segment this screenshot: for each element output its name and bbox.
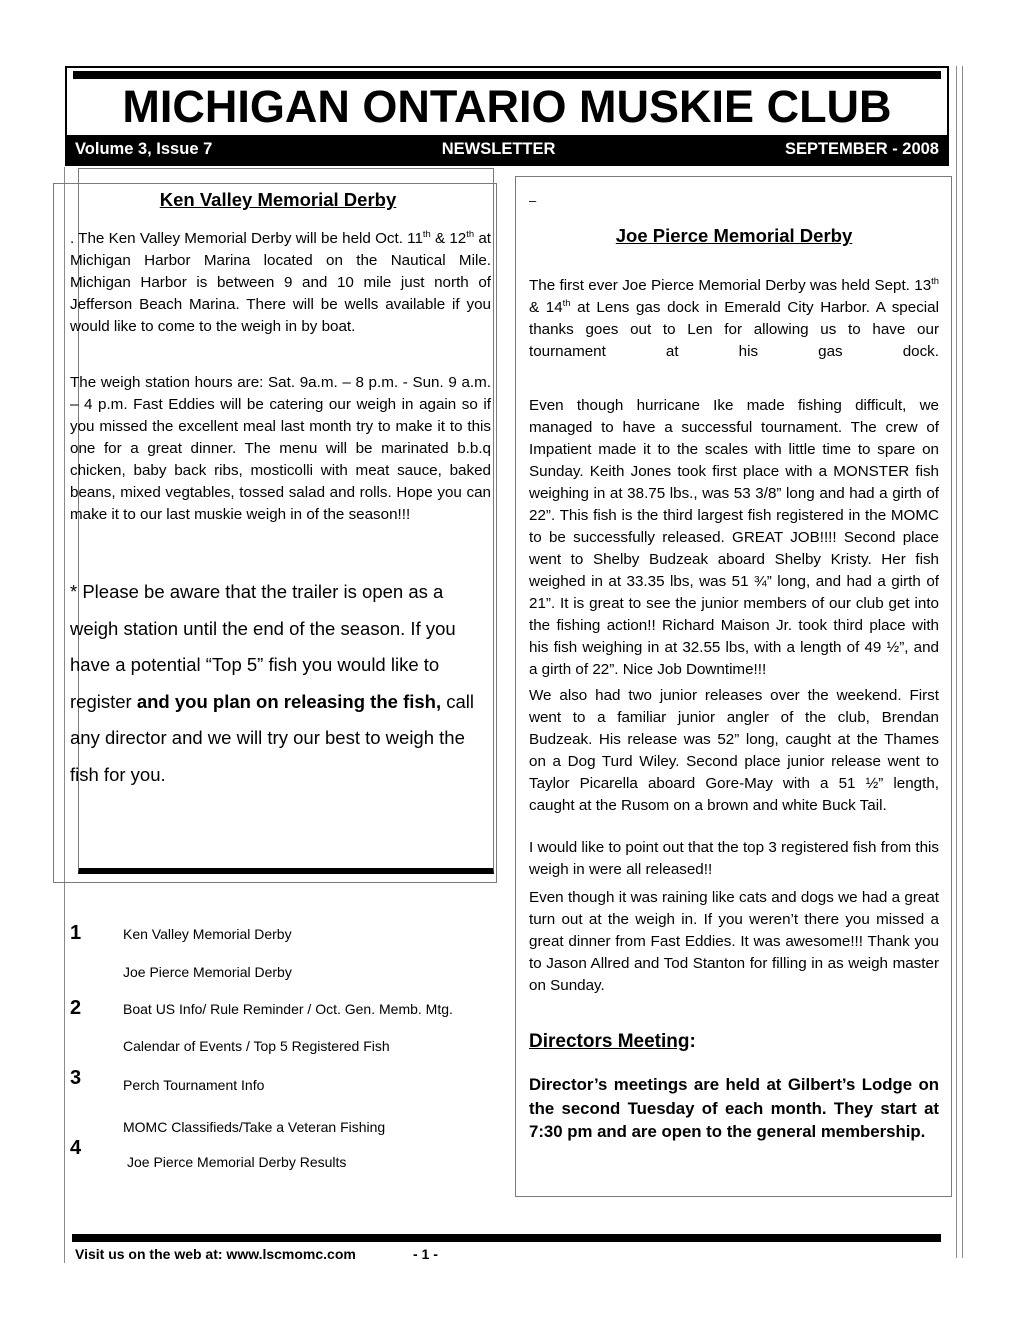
toc-entry-label: MOMC Classifieds/Take a Veteran Fishing — [123, 1119, 385, 1136]
directors-meeting-heading-text: Directors Meeting — [529, 1031, 689, 1052]
trailer-weigh-station-note: * Please be aware that the trailer is op… — [70, 574, 494, 793]
toc-entry: 3 Perch Tournament Info — [70, 1068, 510, 1094]
toc-entry-label: Boat US Info/ Rule Reminder / Oct. Gen. … — [123, 1001, 453, 1019]
toc-page-number: 4 — [70, 1138, 123, 1171]
joe-pierce-paragraph-3: We also had two junior releases over the… — [529, 685, 939, 817]
issue-info-bar: Volume 3, Issue 7 NEWSLETTER SEPTEMBER -… — [67, 135, 947, 164]
toc-page-number: 2 — [70, 998, 123, 1019]
directors-meeting-heading-colon: : — [689, 1031, 695, 1052]
ken-valley-paragraph-2: The weigh station hours are: Sat. 9a.m. … — [70, 372, 491, 526]
footer-website-text: Visit us on the web at: www.lscmomc.com — [75, 1246, 356, 1262]
joe-pierce-paragraph-2: Even though hurricane Ike made fishing d… — [529, 395, 939, 681]
directors-meeting-body: Director’s meetings are held at Gilbert’… — [529, 1073, 939, 1144]
toc-page-number: 3 — [70, 1068, 123, 1094]
joe-pierce-paragraph-4: I would like to point out that the top 3… — [529, 837, 939, 881]
toc-entry-label: Calendar of Events / Top 5 Registered Fi… — [123, 1038, 390, 1055]
footer: Visit us on the web at: www.lscmomc.com … — [75, 1246, 675, 1262]
toc-entry: 2 Boat US Info/ Rule Reminder / Oct. Gen… — [70, 998, 510, 1019]
masthead-box: MICHIGAN ONTARIO MUSKIE CLUB Volume 3, I… — [65, 66, 949, 166]
toc-entry: 4 Joe Pierce Memorial Derby Results — [70, 1138, 510, 1171]
table-of-contents: 1 Ken Valley Memorial Derby Joe Pierce M… — [70, 915, 510, 1215]
toc-entry-label: Joe Pierce Memorial Derby Results — [127, 1154, 346, 1171]
newsletter-page: MICHIGAN ONTARIO MUSKIE CLUB Volume 3, I… — [0, 0, 1020, 1320]
footer-page-number: - 1 - — [413, 1246, 438, 1262]
page-frame-line-right-inner — [956, 66, 957, 1258]
joe-pierce-article-box: – Joe Pierce Memorial Derby The first ev… — [515, 176, 952, 1197]
directors-meeting-heading: Directors Meeting: — [529, 1031, 696, 1053]
toc-entry-label: Ken Valley Memorial Derby — [123, 926, 292, 944]
toc-entry: 1 Ken Valley Memorial Derby — [70, 923, 510, 944]
ken-valley-heading: Ken Valley Memorial Derby — [60, 189, 496, 211]
masthead-top-bar — [73, 71, 941, 79]
newsletter-title: MICHIGAN ONTARIO MUSKIE CLUB — [67, 84, 947, 130]
toc-entry-label: Perch Tournament Info — [123, 1077, 264, 1094]
ken-valley-paragraph-1: . The Ken Valley Memorial Derby will be … — [70, 228, 491, 338]
toc-page-number: 1 — [70, 923, 123, 944]
joe-pierce-paragraph-1: The first ever Joe Pierce Memorial Derby… — [529, 275, 939, 363]
page-frame-line-right-outer — [962, 66, 963, 1258]
toc-entry: Joe Pierce Memorial Derby — [70, 961, 510, 981]
footer-rule-bar — [72, 1234, 941, 1242]
toc-entry: MOMC Classifieds/Take a Veteran Fishing — [70, 1116, 510, 1136]
toc-page-number — [70, 1035, 123, 1055]
toc-page-number — [70, 1116, 123, 1136]
toc-entry: Calendar of Events / Top 5 Registered Fi… — [70, 1035, 510, 1055]
joe-pierce-heading: Joe Pierce Memorial Derby — [529, 225, 939, 247]
toc-entry-label: Joe Pierce Memorial Derby — [123, 964, 292, 981]
newsletter-label: NEWSLETTER — [442, 140, 556, 159]
issue-date-label: SEPTEMBER - 2008 — [785, 140, 939, 159]
stray-dash-character: – — [529, 193, 536, 208]
volume-issue-label: Volume 3, Issue 7 — [75, 140, 212, 159]
toc-page-number — [70, 961, 123, 981]
joe-pierce-paragraph-5: Even though it was raining like cats and… — [529, 887, 939, 997]
